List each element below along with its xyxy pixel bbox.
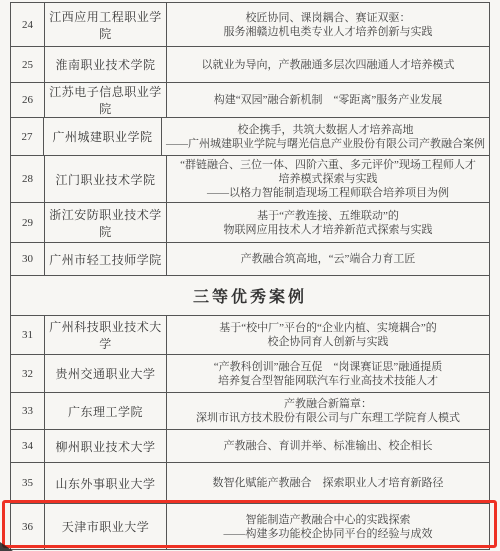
- case-title-cell: 校匠协同、课岗耦合、赛证双驱： 服务湘赣边机电类专业人才培养创新与实践: [167, 3, 489, 46]
- row-number: 34: [11, 430, 45, 462]
- case-title-line: ——构建多功能校企协同平台的经验与成效: [224, 527, 433, 541]
- table-row: 29 浙江安防职业技术学院 基于“产教连接、五维联动”的 物联网应用技术人才培养…: [11, 203, 489, 243]
- case-title-line: 智能制造产教融合中心的实践探索: [246, 513, 411, 527]
- row-number: 24: [11, 3, 45, 46]
- case-title-cell: 智能制造产教融合中心的实践探索 ——构建多功能校企协同平台的经验与成效: [167, 504, 489, 549]
- section-header-row: 三等优秀案例: [11, 276, 489, 316]
- row-number: 26: [11, 83, 45, 117]
- table-row: 26 江苏电子信息职业学院 构建“双园”融合新机制 “零距离”服务产业发展: [11, 83, 489, 118]
- case-title-line: 产教融合筑高地，“云”端合力育工匠: [241, 252, 416, 266]
- row-number: 32: [11, 355, 45, 392]
- case-title-line: 校企携手，共筑大数据人才培养高地: [238, 123, 414, 137]
- institution-cell: 广州城建职业学院: [44, 118, 162, 155]
- institution-cell: 广东理工学院: [45, 393, 167, 429]
- case-title-line: 产教融合新篇章：: [284, 397, 372, 411]
- row-number: 35: [11, 463, 45, 503]
- institution-cell: 贵州交通职业大学: [45, 355, 167, 392]
- row-number: 30: [11, 243, 45, 275]
- case-title-cell: 校企携手，共筑大数据人才培养高地 ——广州城建职业学院与曙光信息产业股份有限公司…: [162, 118, 489, 155]
- table-row: 35 山东外事职业大学 数智化赋能产教融合 探索职业人才培育新路径: [11, 463, 489, 504]
- row-number: 29: [11, 203, 45, 242]
- case-title-line: ——广州城建职业学院与曙光信息产业股份有限公司产教融合案例: [166, 137, 485, 151]
- section-title: 三等优秀案例: [193, 284, 307, 307]
- table-row: 24 江西应用工程职业学院 校匠协同、课岗耦合、赛证双驱： 服务湘赣边机电类专业…: [11, 3, 489, 47]
- table-row: 31 广州科技职业技术大学 基于“校中厂”平台的“企业内植、实境耦合”的 校企协…: [11, 316, 489, 355]
- case-title-cell: 数智化赋能产教融合 探索职业人才培育新路径: [167, 463, 489, 503]
- institution-cell: 淮南职业技术学院: [45, 47, 167, 82]
- case-title-cell: “群链融合、三位一体、四阶六重、多元评价”现场工程师人才 培养模式探索与实践 —…: [167, 156, 489, 202]
- case-title-line: 产教融合、育训并举、标准输出、校企相长: [224, 439, 433, 453]
- institution-cell: 山东外事职业大学: [45, 463, 167, 503]
- row-number: 28: [11, 156, 45, 202]
- case-title-line: 构建“双园”融合新机制 “零距离”服务产业发展: [214, 93, 443, 107]
- case-title-cell: 产教融合筑高地，“云”端合力育工匠: [167, 243, 489, 275]
- case-title-line: “群链融合、三位一体、四阶六重、多元评价”现场工程师人才: [180, 158, 476, 172]
- institution-cell: 天津市职业大学: [45, 504, 167, 549]
- case-title-cell: 以就业为导向，产教融通多层次四融通人才培养模式: [167, 47, 489, 82]
- institution-cell: 浙江安防职业技术学院: [45, 203, 167, 242]
- institution-cell: 江西应用工程职业学院: [45, 3, 167, 46]
- row-number: 33: [11, 393, 45, 429]
- case-title-line: ——以格力智能制造现场工程师联合培养项目为例: [207, 186, 449, 200]
- table-row: 32 贵州交通职业大学 “产教科创训”融合互促 “岗课赛证思”融通提质 培养复合…: [11, 355, 489, 393]
- case-title-cell: 产教融合、育训并举、标准输出、校企相长: [167, 430, 489, 462]
- awards-table: 24 江西应用工程职业学院 校匠协同、课岗耦合、赛证双驱： 服务湘赣边机电类专业…: [10, 2, 490, 550]
- case-title-line: 以就业为导向，产教融通多层次四融通人才培养模式: [202, 58, 455, 72]
- table-row: 28 江门职业技术学院 “群链融合、三位一体、四阶六重、多元评价”现场工程师人才…: [11, 156, 489, 203]
- case-title-line: 基于“产教连接、五维联动”的: [257, 209, 399, 223]
- case-title-line: 物联网应用技术人才培养新范式探索与实践: [224, 223, 433, 237]
- case-title-cell: 基于“校中厂”平台的“企业内植、实境耦合”的 校企协同育人创新与实践: [167, 316, 489, 354]
- row-number: 36: [11, 504, 45, 549]
- institution-cell: 柳州职业技术大学: [45, 430, 167, 462]
- case-title-line: 深圳市讯方技术股份有限公司与广东理工学院育人模式: [196, 411, 460, 425]
- case-title-line: 培养模式探索与实践: [279, 172, 378, 186]
- row-number: 25: [11, 47, 45, 82]
- row-number: 27: [11, 118, 44, 155]
- row-number: 31: [11, 316, 45, 354]
- case-title-line: 基于“校中厂”平台的“企业内植、实境耦合”的: [219, 321, 437, 335]
- table-row: 27 广州城建职业学院 校企携手，共筑大数据人才培养高地 ——广州城建职业学院与…: [11, 118, 489, 156]
- case-title-line: 校企协同育人创新与实践: [268, 335, 389, 349]
- case-title-cell: 基于“产教连接、五维联动”的 物联网应用技术人才培养新范式探索与实践: [167, 203, 489, 242]
- institution-cell: 广州科技职业技术大学: [45, 316, 167, 354]
- institution-cell: 江门职业技术学院: [45, 156, 167, 202]
- table-row: 33 广东理工学院 产教融合新篇章： 深圳市讯方技术股份有限公司与广东理工学院育…: [11, 393, 489, 430]
- institution-cell: 广州市轻工技师学院: [45, 243, 167, 275]
- case-title-line: 校匠协同、课岗耦合、赛证双驱：: [246, 11, 411, 25]
- case-title-cell: 产教融合新篇章： 深圳市讯方技术股份有限公司与广东理工学院育人模式: [167, 393, 489, 429]
- table-row-highlighted: 36 天津市职业大学 智能制造产教融合中心的实践探索 ——构建多功能校企协同平台…: [11, 504, 489, 550]
- case-title-cell: 构建“双园”融合新机制 “零距离”服务产业发展: [167, 83, 489, 117]
- case-title-line: 培养复合型智能网联汽车行业高技术技能人才: [218, 374, 438, 388]
- case-title-cell: “产教科创训”融合互促 “岗课赛证思”融通提质 培养复合型智能网联汽车行业高技术…: [167, 355, 489, 392]
- table-row: 30 广州市轻工技师学院 产教融合筑高地，“云”端合力育工匠: [11, 243, 489, 276]
- case-title-line: 服务湘赣边机电类专业人才培养创新与实践: [224, 25, 433, 39]
- case-title-line: “产教科创训”融合互促 “岗课赛证思”融通提质: [214, 360, 443, 374]
- institution-cell: 江苏电子信息职业学院: [45, 83, 167, 117]
- table-row: 34 柳州职业技术大学 产教融合、育训并举、标准输出、校企相长: [11, 430, 489, 463]
- case-title-line: 数智化赋能产教融合 探索职业人才培育新路径: [213, 476, 444, 490]
- table-row: 25 淮南职业技术学院 以就业为导向，产教融通多层次四融通人才培养模式: [11, 47, 489, 83]
